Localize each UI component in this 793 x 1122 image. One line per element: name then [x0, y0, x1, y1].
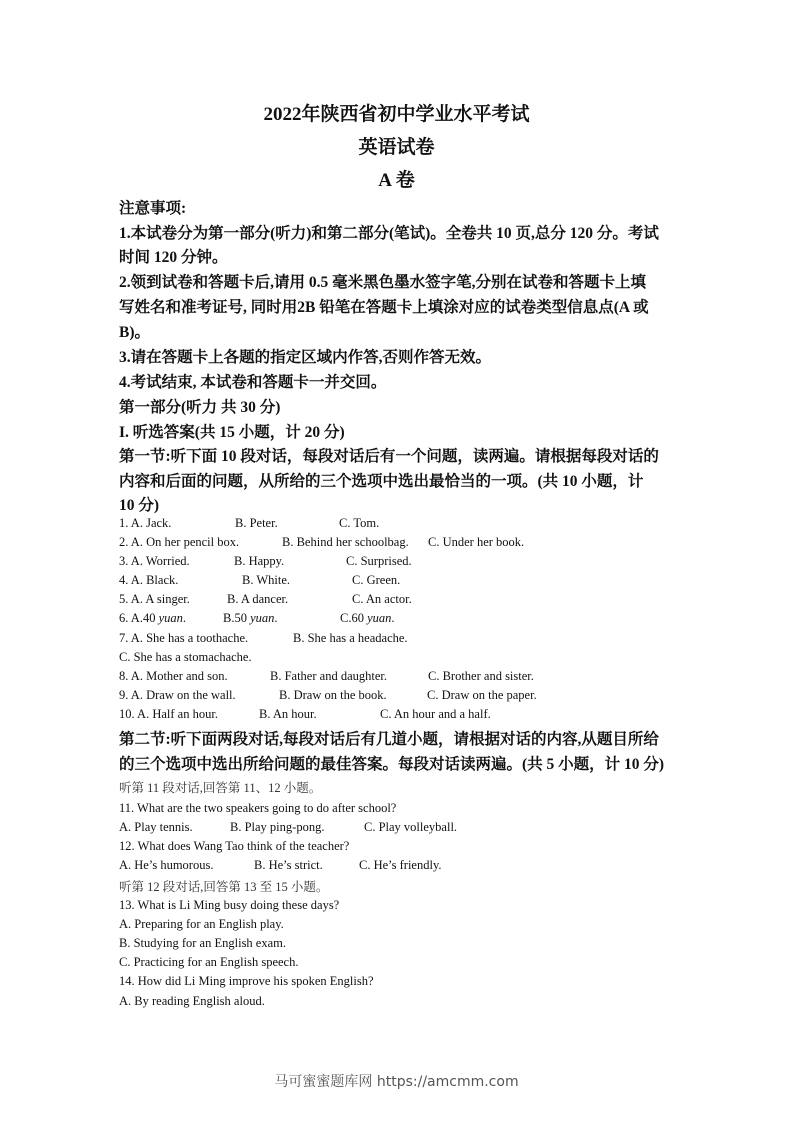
q1-option-a: 1. A. Jack. [119, 516, 171, 531]
dialog-11-note: 听第 11 段对话,回答第 11、12 小题。 [119, 778, 321, 796]
q8-option-a: 8. A. Mother and son. [119, 669, 228, 684]
notice-item-2-line-1: 2.领到试卷和答题卡后,请用 0.5 毫米黑色墨水签字笔,分别在试卷和答题卡上填 [119, 270, 646, 292]
q11-question: 11. What are the two speakers going to d… [119, 801, 396, 816]
q3-option-a: 3. A. Worried. [119, 554, 190, 569]
q9-option-a: 9. A. Draw on the wall. [119, 688, 236, 703]
sec2-instructions-line-2: 的三个选项中选出所给问题的最佳答案。每段对话读两遍。(共 5 小题，计 10 分… [119, 752, 664, 774]
sec1-instructions-line-2: 内容和后面的问题，从所给的三个选项中选出最恰当的一项。(共 10 小题，计 [119, 469, 643, 491]
q6-option-a-unit: yuan [159, 611, 183, 625]
q9-option-c: C. Draw on the paper. [427, 688, 537, 703]
q4-option-a: 4. A. Black. [119, 573, 178, 588]
q4-option-c: C. Green. [352, 573, 400, 588]
notice-item-4: 4.考试结束, 本试卷和答题卡一并交回。 [119, 370, 386, 392]
dialog-12-note: 听第 12 段对话,回答第 13 至 15 小题。 [119, 877, 328, 895]
q11-option-a: A. Play tennis. [119, 820, 193, 835]
q6-option-b: B.50 yuan. [223, 611, 278, 626]
part1-heading: 第一部分(听力 共 30 分) [119, 395, 280, 417]
q2-option-b: B. Behind her schoolbag. [282, 535, 409, 550]
q7-option-b: B. She has a headache. [293, 631, 408, 646]
q8-option-c: C. Brother and sister. [428, 669, 534, 684]
q13-option-c: C. Practicing for an English speech. [119, 955, 298, 970]
q1-option-c: C. Tom. [339, 516, 379, 531]
q12-question: 12. What does Wang Tao think of the teac… [119, 839, 349, 854]
notice-item-2-line-2: 写姓名和准考证号, 同时用2B 铅笔在答题卡上填涂对应的试卷类型信息点(A 或 [119, 295, 649, 317]
section-I-heading: I. 听选答案(共 15 小题，计 20 分) [119, 420, 345, 442]
exam-title: 2022年陕西省初中学业水平考试 [0, 99, 793, 126]
q3-option-c: C. Surprised. [346, 554, 412, 569]
q11-option-b: B. Play ping-pong. [230, 820, 324, 835]
q3-option-b: B. Happy. [234, 554, 284, 569]
q2-option-c: C. Under her book. [428, 535, 524, 550]
q6-option-c: C.60 yuan. [340, 611, 395, 626]
q1-option-b: B. Peter. [235, 516, 278, 531]
q6-option-b-value: B.50 [223, 611, 247, 625]
sec2-instructions-line-1: 第二节:听下面两段对话,每段对话后有几道小题，请根据对话的内容,从题目所给 [119, 727, 659, 749]
q11-option-c: C. Play volleyball. [364, 820, 457, 835]
q5-option-a: 5. A. A singer. [119, 592, 190, 607]
q5-option-c: C. An actor. [352, 592, 412, 607]
q13-option-b: B. Studying for an English exam. [119, 936, 286, 951]
q7-option-a: 7. A. She has a toothache. [119, 631, 248, 646]
q7-option-c: C. She has a stomachache. [119, 650, 252, 665]
q13-option-a: A. Preparing for an English play. [119, 917, 284, 932]
q13-question: 13. What is Li Ming busy doing these day… [119, 898, 339, 913]
q14-question: 14. How did Li Ming improve his spoken E… [119, 974, 374, 989]
q12-option-c: C. He’s friendly. [359, 858, 442, 873]
q6-option-c-value: C.60 [340, 611, 364, 625]
notice-heading: 注意事项: [119, 196, 186, 218]
q9-option-b: B. Draw on the book. [279, 688, 387, 703]
q10-option-a: 10. A. Half an hour. [119, 707, 218, 722]
q6-option-c-unit: yuan [367, 611, 391, 625]
q14-option-a: A. By reading English aloud. [119, 994, 265, 1009]
q6-option-b-unit: yuan [250, 611, 274, 625]
q8-option-b: B. Father and daughter. [270, 669, 387, 684]
q12-option-a: A. He’s humorous. [119, 858, 213, 873]
paper-type: A 卷 [0, 165, 793, 192]
footer-watermark: 马可蜜蜜题库网 https://amcmm.com [0, 1071, 793, 1091]
exam-subtitle: 英语试卷 [0, 132, 793, 159]
sec1-instructions-line-1: 第一节:听下面 10 段对话，每段对话后有一个问题，读两遍。请根据每段对话的 [119, 444, 659, 466]
q2-option-a: 2. A. On her pencil box. [119, 535, 239, 550]
q6-option-a: 6. A.40 yuan. [119, 611, 186, 626]
q6-option-a-value: 6. A.40 [119, 611, 155, 625]
q5-option-b: B. A dancer. [227, 592, 288, 607]
notice-item-1-line-1: 1.本试卷分为第一部分(听力)和第二部分(笔试)。全卷共 10 页,总分 120… [119, 221, 659, 243]
q10-option-c: C. An hour and a half. [380, 707, 491, 722]
notice-item-3: 3.请在答题卡上各题的指定区域内作答,否则作答无效。 [119, 345, 491, 367]
sec1-instructions-line-3: 10 分) [119, 493, 159, 515]
notice-item-2-line-3: B)。 [119, 320, 150, 342]
q12-option-b: B. He’s strict. [254, 858, 323, 873]
q4-option-b: B. White. [242, 573, 290, 588]
q10-option-b: B. An hour. [259, 707, 317, 722]
notice-item-1-line-2: 时间 120 分钟。 [119, 245, 228, 267]
